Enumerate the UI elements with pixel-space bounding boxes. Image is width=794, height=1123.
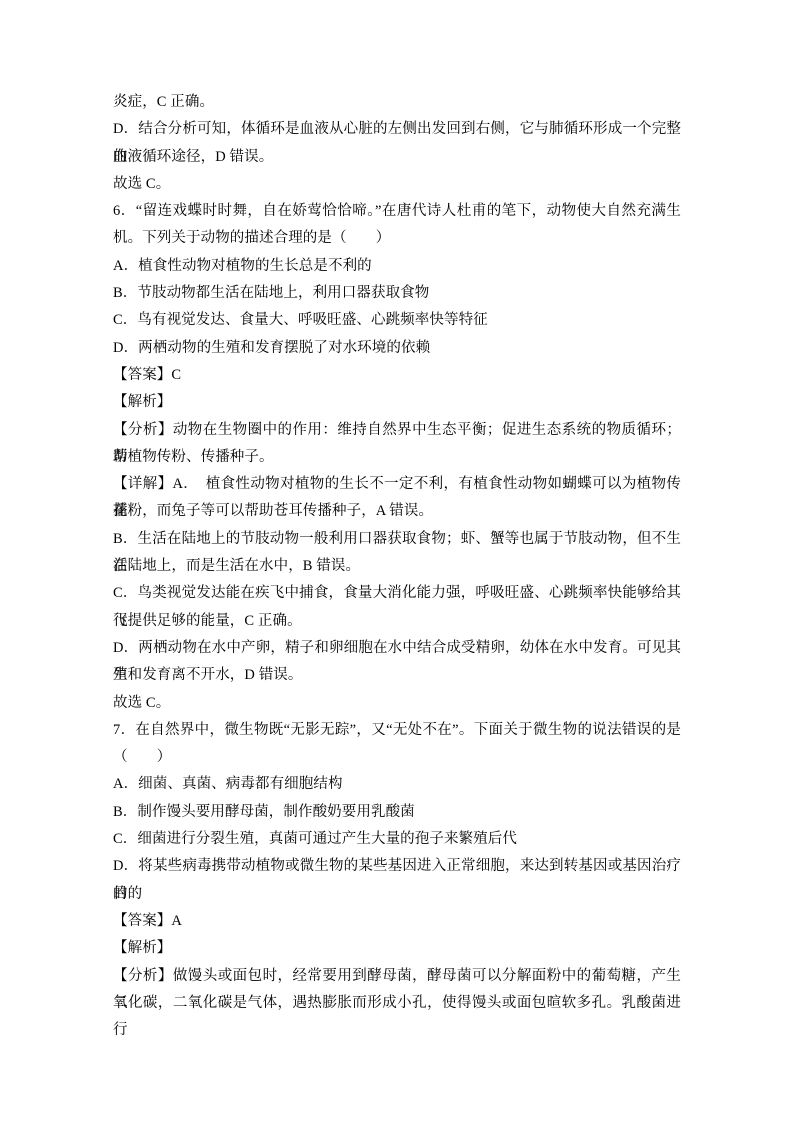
q6-analysis-line-1: 【分析】动物在生物圈中的作用：维持自然界中生态平衡；促进生态系统的物质循环；帮 bbox=[113, 417, 681, 444]
q5-option-d-explanation-line-2: 血液循环途径，D 错误。 bbox=[113, 144, 681, 171]
q6-answer-block: 【答案】C bbox=[113, 362, 681, 389]
q7-option-b: B．制作馒头要用酵母菌，制作酸奶要用乳酸菌 bbox=[113, 799, 681, 826]
q7-analysis-line-2: 氧化碳，二氧化碳是气体，遇热膨胀而形成小孔，使得馒头或面包暄软多孔。乳酸菌进行 bbox=[113, 990, 681, 1017]
q7-analysis-line-1: 【分析】做馒头或面包时，经常要用到酵母菌，酵母菌可以分解面粉中的葡萄糖，产生二 bbox=[113, 963, 681, 990]
q6-analysis-block: 【分析】动物在生物圈中的作用：维持自然界中生态平衡；促进生态系统的物质循环；帮 … bbox=[113, 417, 681, 472]
q7-explanation-header: 【解析】 bbox=[113, 935, 681, 962]
q6-detail-option-a-line-2: 花粉，而兔子等可以帮助苍耳传播种子，A 错误。 bbox=[113, 498, 681, 525]
q7-answer: 【答案】A bbox=[113, 908, 681, 935]
q7-stem-block: 7．在自然界中，微生物既“无影无踪”，又“无处不在”。下面关于微生物的说法错误的… bbox=[113, 717, 681, 772]
q6-detail-option-b-line-2: 在陆地上，而是生活在水中，B 错误。 bbox=[113, 553, 681, 580]
q6-detailed-explanation-block: 【详解】A． 植食性动物对植物的生长不一定不利，有植食性动物如蝴蝶可以为植物传播… bbox=[113, 471, 681, 717]
document-text-area: 炎症，C 正确。 D．结合分析可知，体循环是血液从心脏的左侧出发回到右侧，它与肺… bbox=[113, 89, 681, 1017]
q6-explanation-header: 【解析】 bbox=[113, 389, 681, 416]
q6-stem-line-1: 6．“留连戏蝶时时舞，自在娇莺恰恰啼。”在唐代诗人杜甫的笔下，动物使大自然充满生 bbox=[113, 198, 681, 225]
q6-analysis-line-2: 助植物传粉、传播种子。 bbox=[113, 444, 681, 471]
q7-answer-block: 【答案】A bbox=[113, 908, 681, 935]
q5-option-d-explanation-line-1: D．结合分析可知，体循环是血液从心脏的左侧出发回到右侧，它与肺循环形成一个完整的 bbox=[113, 116, 681, 143]
q6-option-d: D．两栖动物的生殖和发育摆脱了对水环境的依赖 bbox=[113, 335, 681, 362]
q7-analysis-block: 【分析】做馒头或面包时，经常要用到酵母菌，酵母菌可以分解面粉中的葡萄糖，产生二 … bbox=[113, 963, 681, 1018]
q6-option-a: A．植食性动物对植物的生长总是不利的 bbox=[113, 253, 681, 280]
q6-detail-option-c-line-2: 行提供足够的能量，C 正确。 bbox=[113, 608, 681, 635]
q7-explanation-header-block: 【解析】 bbox=[113, 935, 681, 962]
q6-detail-option-a-line-1: 【详解】A． 植食性动物对植物的生长不一定不利，有植食性动物如蝴蝶可以为植物传播 bbox=[113, 471, 681, 498]
q6-detail-option-c-line-1: C．鸟类视觉发达能在疾飞中捕食，食量大消化能力强，呼吸旺盛、心跳频率快能够给其飞 bbox=[113, 580, 681, 607]
q5-final-answer: 故选 C。 bbox=[113, 171, 681, 198]
q6-detail-option-b-line-1: B．生活在陆地上的节肢动物一般利用口器获取食物；虾、蟹等也属于节肢动物，但不生活 bbox=[113, 526, 681, 553]
q6-stem-block: 6．“留连戏蝶时时舞，自在娇莺恰恰啼。”在唐代诗人杜甫的笔下，动物使大自然充满生… bbox=[113, 198, 681, 253]
q6-option-b: B．节肢动物都生活在陆地上，利用口器获取食物 bbox=[113, 280, 681, 307]
q5-explanation-tail-block: 炎症，C 正确。 D．结合分析可知，体循环是血液从心脏的左侧出发回到右侧，它与肺… bbox=[113, 89, 681, 198]
q7-option-a: A．细菌、真菌、病毒都有细胞结构 bbox=[113, 771, 681, 798]
q7-stem-line-1: 7．在自然界中，微生物既“无影无踪”，又“无处不在”。下面关于微生物的说法错误的… bbox=[113, 717, 681, 744]
q6-detail-option-d-line-1: D．两栖动物在水中产卵，精子和卵细胞在水中结合成受精卵，幼体在水中发育。可见其生 bbox=[113, 635, 681, 662]
q7-options-block: A．细菌、真菌、病毒都有细胞结构 B．制作馒头要用酵母菌，制作酸奶要用乳酸菌 C… bbox=[113, 771, 681, 907]
q6-stem-line-2: 机。下列关于动物的描述合理的是（ ） bbox=[113, 225, 681, 252]
q7-stem-line-2: （ ） bbox=[113, 744, 681, 771]
q6-final-answer: 故选 C。 bbox=[113, 690, 681, 717]
q6-option-c: C．鸟有视觉发达、食量大、呼吸旺盛、心跳频率快等特征 bbox=[113, 307, 681, 334]
q5-option-c-verdict: 炎症，C 正确。 bbox=[113, 89, 681, 116]
q6-detail-option-d-line-2: 殖和发育离不开水，D 错误。 bbox=[113, 662, 681, 689]
document-page: 炎症，C 正确。 D．结合分析可知，体循环是血液从心脏的左侧出发回到右侧，它与肺… bbox=[0, 0, 794, 1123]
q6-options-block: A．植食性动物对植物的生长总是不利的 B．节肢动物都生活在陆地上，利用口器获取食… bbox=[113, 253, 681, 362]
q7-option-c: C．细菌进行分裂生殖，真菌可通过产生大量的孢子来繁殖后代 bbox=[113, 826, 681, 853]
q6-answer: 【答案】C bbox=[113, 362, 681, 389]
q7-option-d-line-1: D．将某些病毒携带动植物或微生物的某些基因进入正常细胞，来达到转基因或基因治疗的 bbox=[113, 853, 681, 880]
q7-option-d-line-2: 目的 bbox=[113, 881, 681, 908]
q6-explanation-header-block: 【解析】 bbox=[113, 389, 681, 416]
